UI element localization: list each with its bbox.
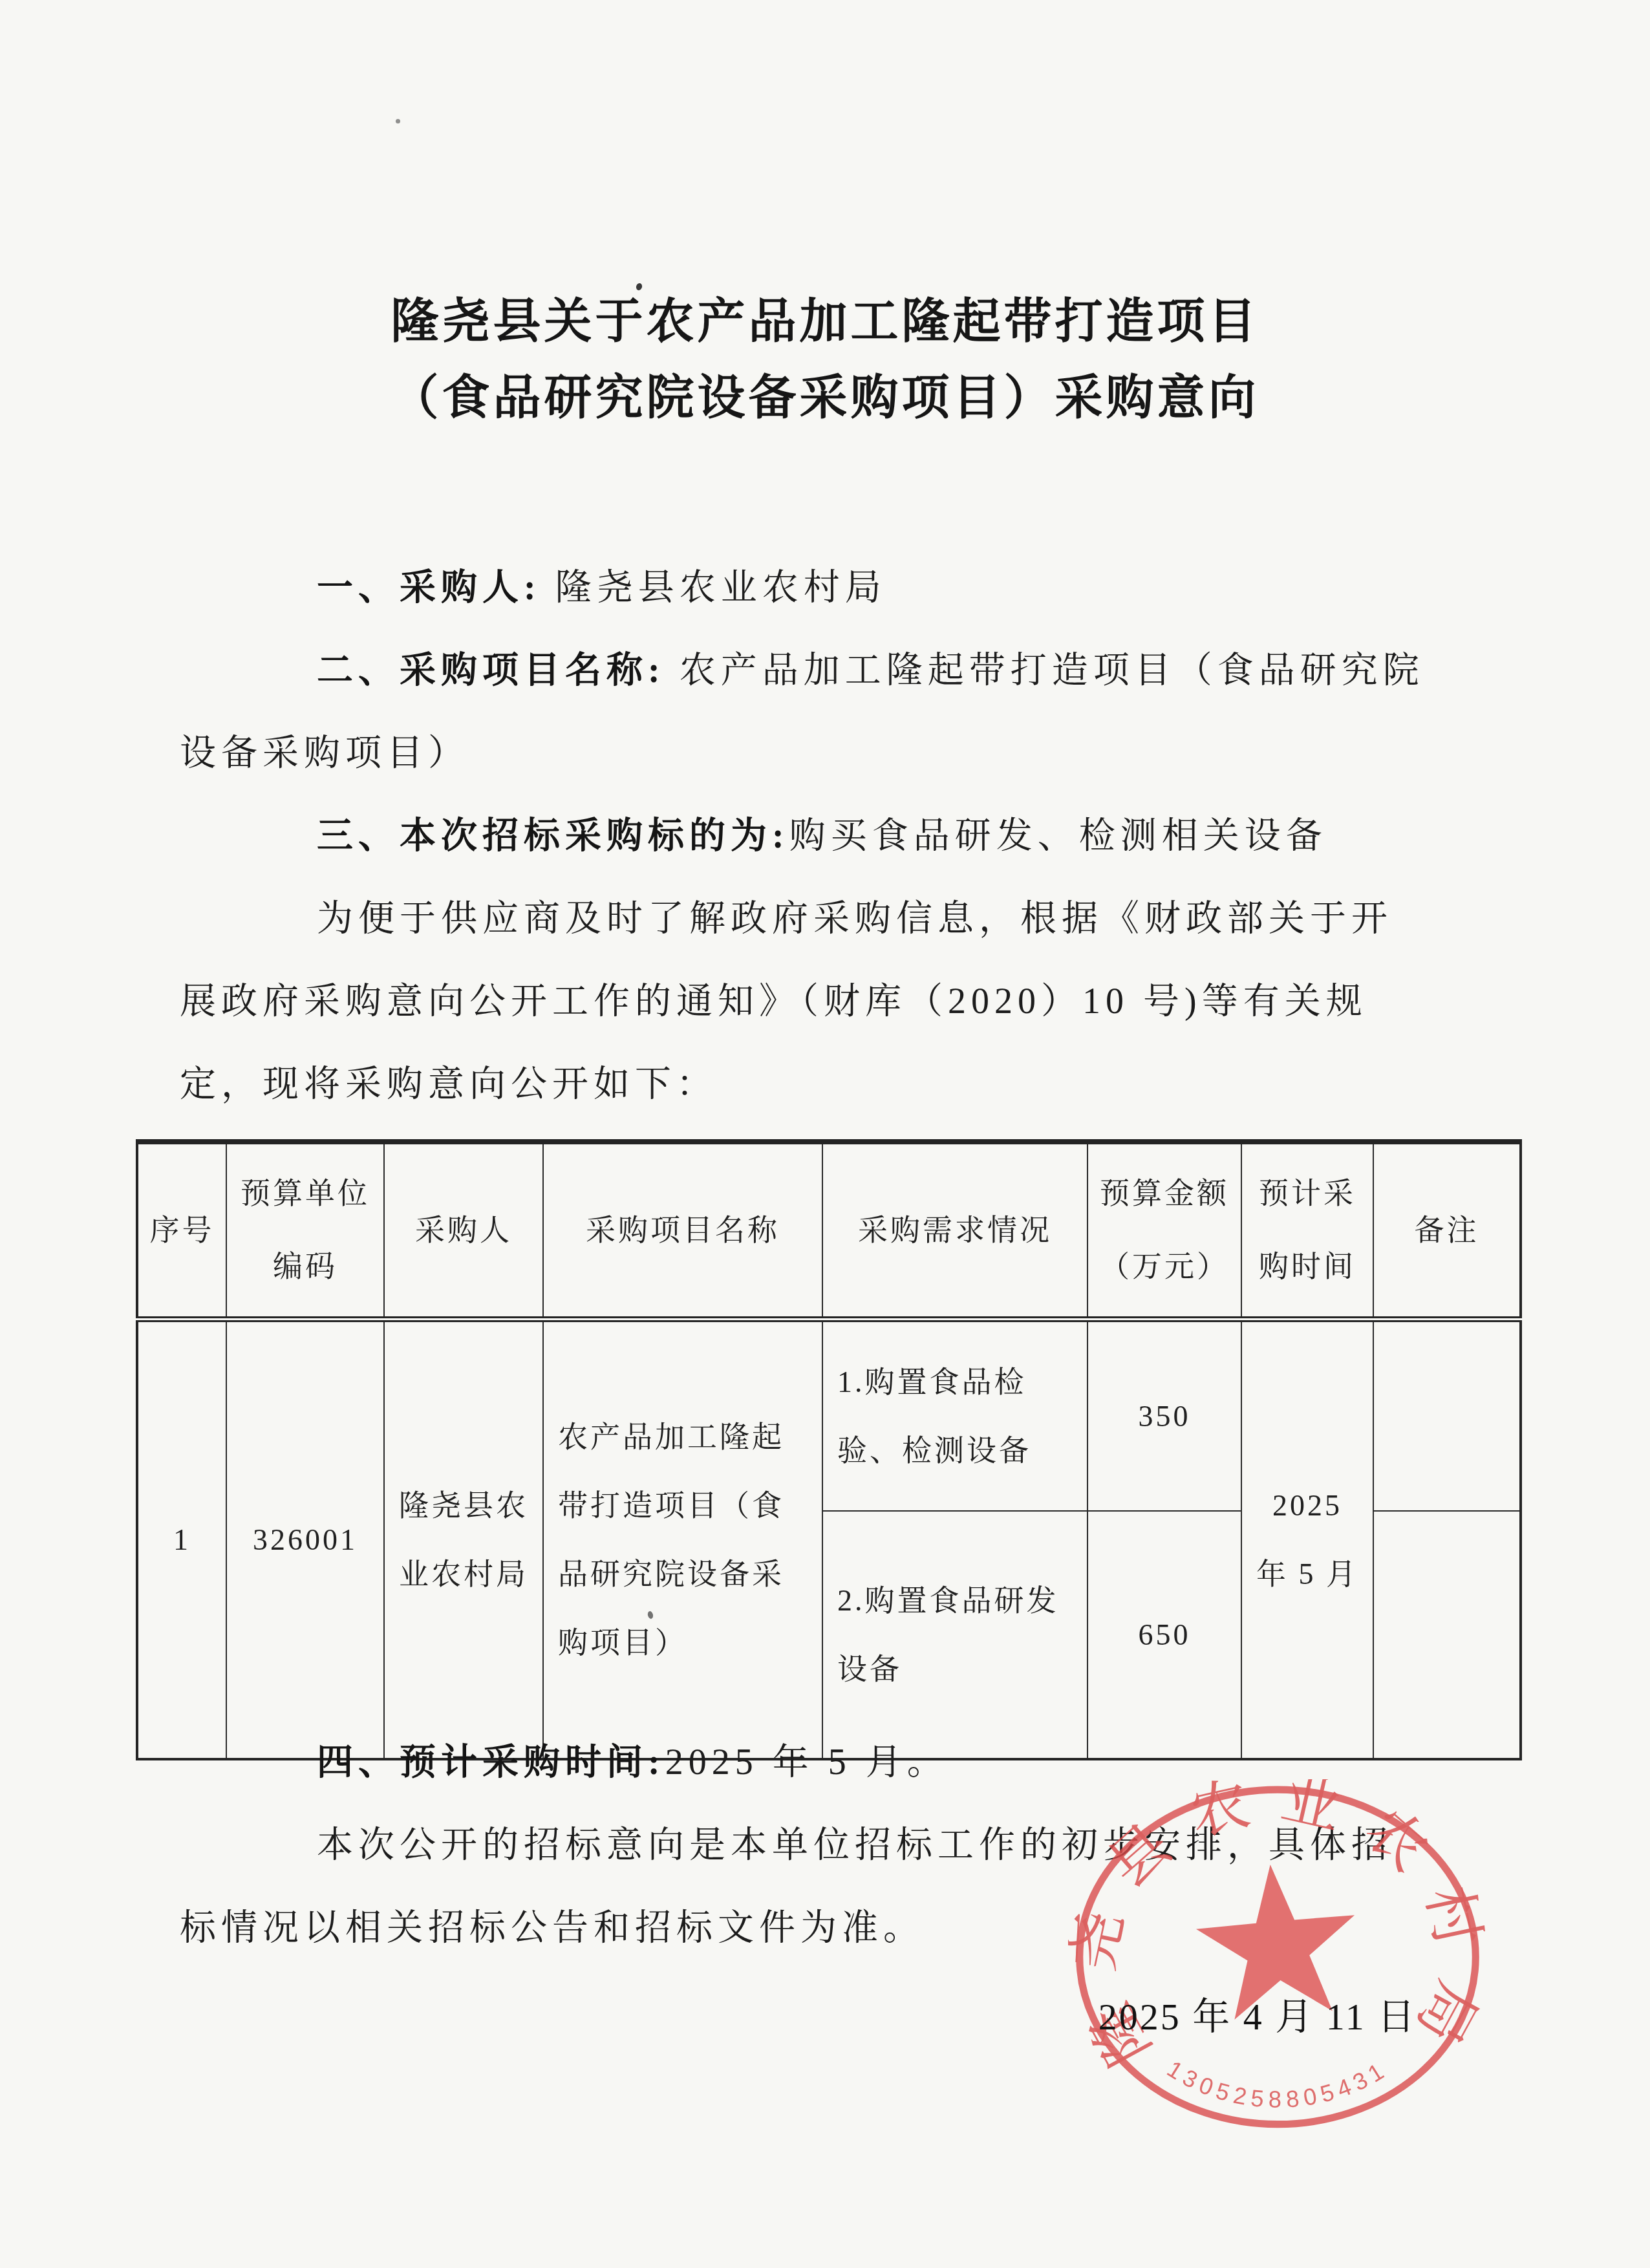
procurement-intent-table: 序号 预算单位编码 采购人 采购项目名称 采购需求情况 预算金额（万元） 预计采… <box>136 1139 1522 1760</box>
cell-index: 1 <box>137 1320 226 1760</box>
document-title-line1: 隆尧县关于农产品加工隆起带打造项目 <box>0 283 1650 359</box>
paragraph-project-name-value: 农产品加工隆起带打造项目（食品研究院 <box>665 650 1424 690</box>
col-header-demand: 采购需求情况 <box>822 1142 1087 1320</box>
cell-budget-1: 350 <box>1087 1320 1241 1512</box>
col-header-index: 序号 <box>137 1142 226 1320</box>
col-header-buyer: 采购人 <box>384 1142 543 1320</box>
paragraph-subject-label: 三、本次招标采购标的为: <box>317 816 789 856</box>
paragraph-project-name-label: 二、采购项目名称: <box>317 650 665 690</box>
col-header-budget: 预算金额（万元） <box>1087 1142 1241 1320</box>
col-header-remark: 备注 <box>1373 1142 1521 1320</box>
paragraph-subject-value: 购买食品研发、检测相关设备 <box>789 816 1327 856</box>
document-title-line2: （食品研究院设备采购项目）采购意向 <box>0 359 1650 436</box>
col-header-project-name: 采购项目名称 <box>543 1142 822 1320</box>
cell-unit-code: 326001 <box>226 1320 384 1760</box>
cell-project-name: 农产品加工隆起带打造项目（食品研究院设备采购项目） <box>543 1320 822 1760</box>
paragraph-expected-time-value: 2025 年 5 月。 <box>665 1742 948 1782</box>
paragraph-buyer: 一、采购人: 隆尧县农业农村局 <box>180 546 1514 629</box>
cell-buyer: 隆尧县农业农村局 <box>384 1320 543 1760</box>
body-paragraphs: 一、采购人: 隆尧县农业农村局 二、采购项目名称: 农产品加工隆起带打造项目（食… <box>180 546 1514 1126</box>
cell-time: 2025 年 5 月 <box>1241 1320 1373 1760</box>
paragraph-expected-time-label: 四、预计采购时间: <box>317 1742 665 1782</box>
paragraph-buyer-value: 隆尧县农业农村局 <box>541 568 886 608</box>
official-red-stamp: 隆尧县农业农村局 1305258805431 <box>1068 1779 1487 2145</box>
table-header-row: 序号 预算单位编码 采购人 采购项目名称 采购需求情况 预算金额（万元） 预计采… <box>137 1142 1521 1320</box>
paragraph-project-name-cont: 设备采购项目） <box>180 712 1514 795</box>
scanned-document-page: 隆尧县关于农产品加工隆起带打造项目 （食品研究院设备采购项目）采购意向 一、采购… <box>0 0 1650 2268</box>
paragraph-project-name: 二、采购项目名称: 农产品加工隆起带打造项目（食品研究院 <box>180 629 1514 712</box>
scan-speck <box>396 119 400 123</box>
document-date: 2025 年 4 月 11 日 <box>1044 1986 1471 2040</box>
col-header-unit-code: 预算单位编码 <box>226 1142 384 1320</box>
stamp-number-arc: 1305258805431 <box>1162 2055 1393 2113</box>
paragraph-buyer-label: 一、采购人: <box>317 568 541 608</box>
document-title: 隆尧县关于农产品加工隆起带打造项目 （食品研究院设备采购项目）采购意向 <box>0 283 1650 436</box>
paragraph-notice-2: 展政府采购意向公开工作的通知》（财库（2020）10 号)等有关规 <box>180 960 1514 1043</box>
paragraph-notice-3: 定，现将采购意向公开如下： <box>180 1043 1514 1126</box>
table-row-1a: 1 326001 隆尧县农业农村局 农产品加工隆起带打造项目（食品研究院设备采购… <box>137 1320 1521 1512</box>
cell-remark-1 <box>1373 1320 1521 1512</box>
col-header-time: 预计采购时间 <box>1241 1142 1373 1320</box>
paragraph-subject: 三、本次招标采购标的为:购买食品研发、检测相关设备 <box>180 795 1514 877</box>
paragraph-notice-1: 为便于供应商及时了解政府采购信息，根据《财政部关于开 <box>180 877 1514 960</box>
cell-demand-1: 1.购置食品检验、检测设备 <box>822 1320 1087 1512</box>
